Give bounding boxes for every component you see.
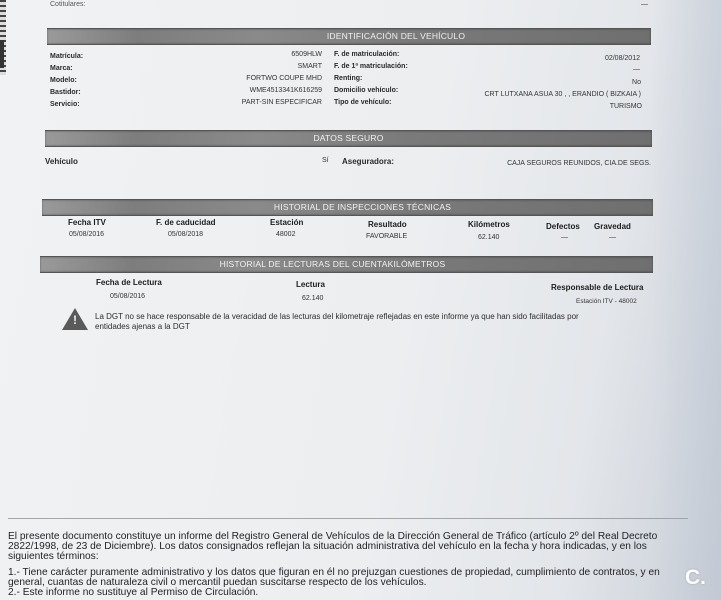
field-value-f-matriculacion: 02/08/2012 [500,55,640,62]
section-title: HISTORIAL DE LECTURAS DEL CUENTAKILÓMETR… [220,259,446,269]
field-label-servicio: Servicio: [50,101,80,108]
col-header-f-caducidad: F. de caducidad [156,218,216,227]
col-header-gravedad: Gravedad [594,222,631,231]
section-header-identificacion: IDENTIFICACIÓN DEL VEHÍCULO [47,28,651,45]
field-label-domicilio: Domicilio vehículo: [334,87,398,94]
field-value-modelo: FORTWO COUPE MHD [200,75,322,82]
aseguradora-value: CAJA SEGUROS REUNIDOS, CIA.DE SEGS. [470,160,651,167]
field-value-renting: No [500,79,641,86]
field-value-servicio: PART-SIN ESPECIFICAR [200,99,322,106]
watermark-logo: C. [685,566,706,590]
table-cell-resultado: FAVORABLE [366,233,407,240]
field-label-tipo-vehiculo: Tipo de vehículo: [334,99,391,106]
field-value-marca: SMART [200,63,322,70]
col-header-lectura: Lectura [296,280,325,289]
field-value-f-1-matriculacion: — [500,66,640,73]
aseguradora-label: Aseguradora: [342,157,394,166]
table-cell-f-caducidad: 05/08/2018 [168,231,203,238]
legal-p2-line3: 2.- Este informe no sustituye al Permiso… [8,588,258,598]
seguro-vehiculo-label: Vehículo [45,157,78,166]
legal-p1-line2: 2822/1998, de 23 de Diciembre). Los dato… [8,542,647,552]
legal-p1-line3: siguientes términos: [8,552,99,562]
col-header-fecha-lectura: Fecha de Lectura [96,278,162,287]
cotitulares-label: Cotitulares: [50,1,85,8]
table-cell-lectura: 62.140 [302,295,323,302]
table-cell-fecha-lectura: 05/08/2016 [110,293,145,300]
table-cell-fecha-itv: 05/08/2016 [69,231,104,238]
section-header-inspecciones: HISTORIAL DE INSPECCIONES TÉCNICAS [42,199,653,216]
section-title: DATOS SEGURO [313,133,383,143]
section-header-seguro: DATOS SEGURO [45,130,652,147]
field-value-matricula: 6509HLW [200,51,322,58]
col-header-defectos: Defectos [546,222,580,231]
field-label-modelo: Modelo: [50,77,77,84]
field-label-matricula: Matrícula: [50,53,83,60]
section-title: HISTORIAL DE INSPECCIONES TÉCNICAS [274,202,451,212]
field-value-tipo-vehiculo: TURISMO [500,103,642,110]
table-cell-defectos: — [561,234,568,241]
warning-exclamation: ! [72,314,78,326]
warning-text-line2: entidades ajenas a la DGT [95,322,190,332]
photo-shadow-overlay [651,0,721,600]
footer-divider [8,518,688,519]
table-cell-kilometros: 62.140 [478,234,499,241]
field-value-domicilio: CRT LUTXANA ASUA 30 , , ERANDIO ( BIZKAI… [430,91,641,98]
section-title: IDENTIFICACIÓN DEL VEHÍCULO [327,31,465,41]
col-header-estacion: Estación [270,218,303,227]
field-label-marca: Marca: [50,65,73,72]
warning-text-line1: La DGT no se hace responsable de la vera… [95,312,579,322]
page-edge-bar [0,40,4,68]
cotitulares-value: — [641,1,648,8]
field-value-bastidor: WME4513341K616259 [200,87,322,94]
col-header-responsable: Responsable de Lectura [551,283,643,292]
table-cell-estacion: 48002 [276,231,295,238]
table-cell-responsable: Estación ITV - 48002 [576,298,637,305]
field-label-bastidor: Bastidor: [50,89,81,96]
col-header-kilometros: Kilómetros [468,220,510,229]
field-label-renting: Renting: [334,75,362,82]
section-header-lecturas: HISTORIAL DE LECTURAS DEL CUENTAKILÓMETR… [40,256,653,273]
field-label-f-1-matriculacion: F. de 1ª matriculación: [334,63,408,70]
col-header-fecha-itv: Fecha ITV [68,218,106,227]
seguro-vehiculo-value: Sí [322,157,329,164]
table-cell-gravedad: — [609,234,616,241]
field-label-f-matriculacion: F. de matriculación: [334,51,399,58]
col-header-resultado: Resultado [368,220,407,229]
